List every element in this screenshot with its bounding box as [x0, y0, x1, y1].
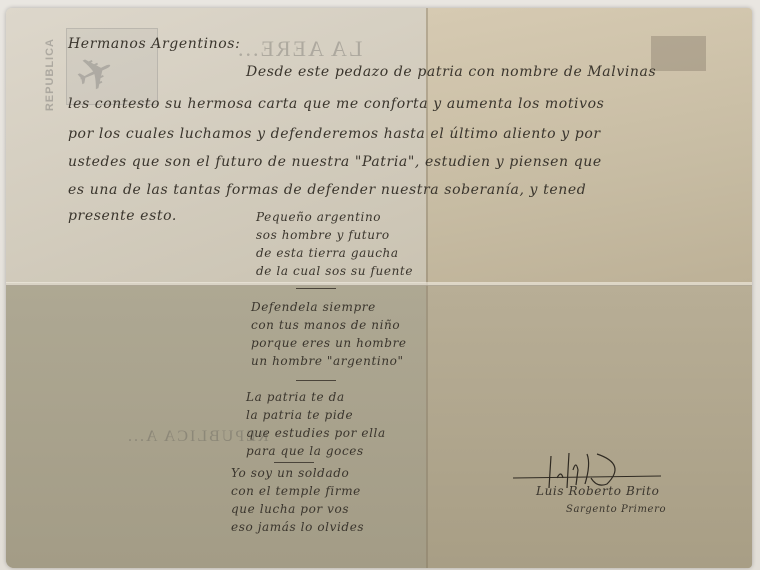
signature-name: Luis Roberto Brito — [536, 484, 659, 498]
poem-stanza1-line4: de la cual sos su fuente — [256, 264, 413, 278]
poem-stanza1-line2: sos hombre y futuro — [256, 228, 390, 242]
stanza-divider — [274, 462, 314, 463]
paper-quadrant-bottom-right — [426, 283, 752, 568]
poem-stanza3-line3: que estudies por ella — [246, 426, 386, 440]
stanza-divider — [296, 380, 336, 381]
poem-stanza1-line3: de esta tierra gaucha — [256, 246, 399, 260]
poem-stanza3-line2: la patria te pide — [246, 408, 353, 422]
horizontal-fold-line — [6, 282, 752, 286]
stanza-divider — [296, 288, 336, 289]
letter-paper: ✈ REPUBLICA LA AERE... REPUBLICA A... He… — [6, 8, 752, 568]
body-line-6: presente esto. — [68, 208, 177, 224]
poem-stanza4-line3: que lucha por vos — [231, 502, 349, 516]
poem-stanza4-line4: eso jamás lo olvides — [231, 520, 364, 534]
poem-stanza2-line3: porque eres un hombre — [251, 336, 407, 350]
poem-stanza3-line1: La patria te da — [246, 390, 345, 404]
body-line-4: ustedes que son el futuro de nuestra "Pa… — [68, 154, 602, 170]
body-line-2: les contesto su hermosa carta que me con… — [68, 96, 604, 112]
vertical-fold-line — [426, 8, 428, 568]
poem-stanza4-line1: Yo soy un soldado — [231, 466, 349, 480]
poem-stanza3-line4: para que la goces — [246, 444, 364, 458]
body-line-3: por los cuales luchamos y defenderemos h… — [68, 126, 601, 142]
faded-label — [651, 36, 706, 71]
signature-rank: Sargento Primero — [566, 504, 666, 515]
faint-printed-header: LA AERE... — [236, 36, 362, 62]
poem-stanza1-line1: Pequeño argentino — [256, 210, 381, 224]
poem-stanza2-line2: con tus manos de niño — [251, 318, 400, 332]
body-line-1: Desde este pedazo de patria con nombre d… — [246, 64, 656, 80]
salutation: Hermanos Argentinos: — [68, 36, 240, 52]
body-line-5: es una de las tantas formas de defender … — [68, 182, 586, 198]
stamp-text: REPUBLICA — [44, 38, 56, 111]
poem-stanza4-line2: con el temple firme — [231, 484, 361, 498]
poem-stanza2-line4: un hombre "argentino" — [251, 354, 404, 368]
poem-stanza2-line1: Defendela siempre — [251, 300, 376, 314]
